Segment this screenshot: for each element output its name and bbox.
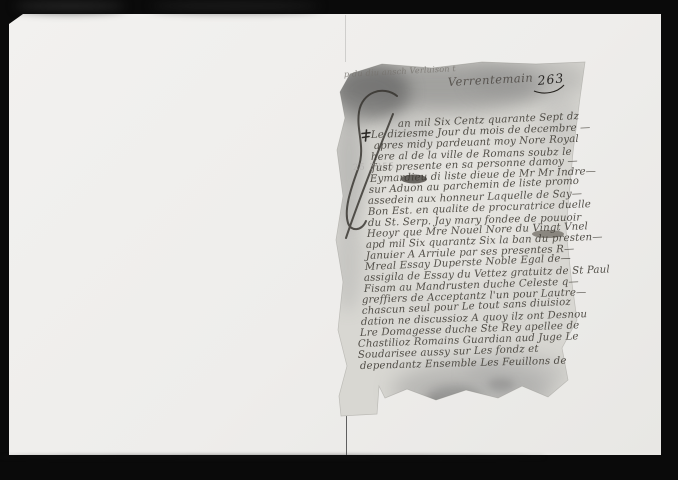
manuscript-writing: p du diu ansch Verluison t Verrentemain … <box>0 0 678 480</box>
microfilm-scan-canvas: p du diu ansch Verluison t Verrentemain … <box>0 0 678 480</box>
manuscript-text-block: an mil Six Centz quarante Sept dzLe dizi… <box>358 111 610 372</box>
header-series-title: Verrentemain <box>447 71 533 89</box>
folio-number: 263 <box>536 70 565 88</box>
paragraph-dagger-mark <box>362 130 370 141</box>
header-faint-note: p du diu ansch Verluison t <box>344 63 457 79</box>
